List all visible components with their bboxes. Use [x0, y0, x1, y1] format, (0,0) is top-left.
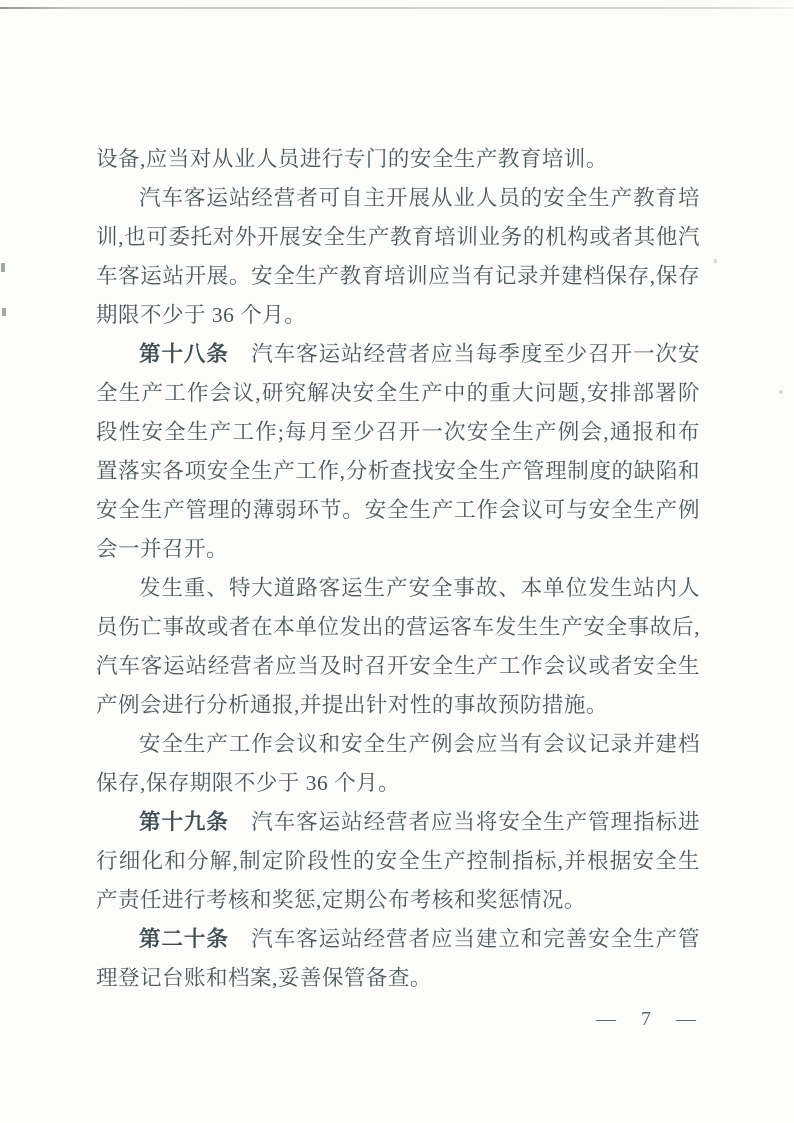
article-number: 第十八条: [139, 342, 229, 366]
document-page: 设备,应当对从业人员进行专门的安全生产教育培训。汽车客运站经营者可自主开展从业人…: [0, 0, 794, 1123]
scan-speck: [779, 390, 783, 394]
paragraph: 发生重、特大道路客运生产安全事故、本单位发生站内人员伤亡事故或者在本单位发出的营…: [96, 569, 700, 725]
document-body: 设备,应当对从业人员进行专门的安全生产教育培训。汽车客运站经营者可自主开展从业人…: [96, 140, 700, 998]
scan-speck: [1, 263, 5, 272]
scan-speck: [714, 259, 717, 263]
paragraph: 设备,应当对从业人员进行专门的安全生产教育培训。: [96, 140, 700, 179]
paragraph: 汽车客运站经营者可自主开展从业人员的安全生产教育培训,也可委托对外开展安全生产教…: [96, 179, 700, 335]
paragraph: 安全生产工作会议和安全生产例会应当有会议记录并建档保存,保存期限不少于 36 个…: [96, 725, 700, 803]
page-number: — 7 —: [596, 1008, 698, 1030]
article-number: 第二十条: [139, 927, 229, 951]
paragraph: 第十八条 汽车客运站经营者应当每季度至少召开一次安全生产工作会议,研究解决安全生…: [96, 335, 700, 569]
article-number: 第十九条: [139, 810, 229, 834]
scan-speck: [2, 308, 6, 316]
paragraph: 第二十条 汽车客运站经营者应当建立和完善安全生产管理登记台账和档案,妥善保管备查…: [96, 920, 700, 998]
scan-edge-line: [0, 7, 794, 9]
page-footer: — 7 —: [596, 1006, 698, 1032]
paragraph: 第十九条 汽车客运站经营者应当将安全生产管理指标进行细化和分解,制定阶段性的安全…: [96, 803, 700, 920]
